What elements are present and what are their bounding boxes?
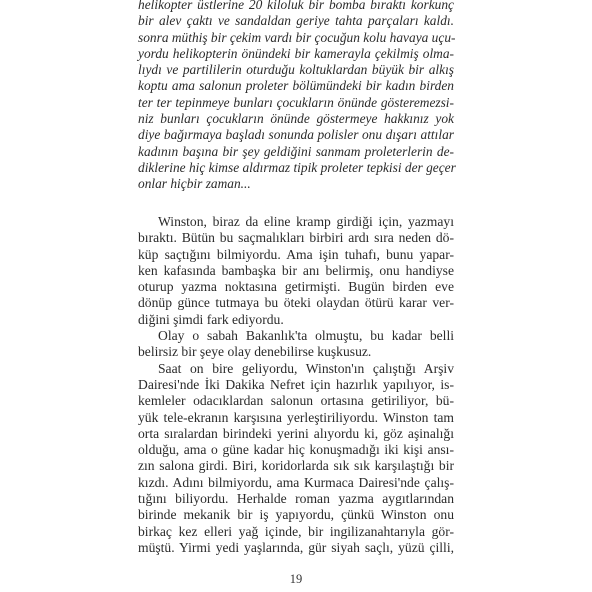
text-line: Olay o sabah Bakanlık'ta olmuştu, bu kad… — [138, 328, 454, 344]
text-line: koptu ama salonun proleter bölümündeki b… — [138, 78, 454, 94]
text-line: Winston, biraz da eline kramp girdiği iç… — [138, 214, 454, 230]
text-line: zın salona girdi. Biri, koridorlarda sık… — [138, 458, 454, 474]
text-line: Saat on bire geliyordu, Winston'ın çalış… — [138, 361, 454, 377]
text-line: Dairesi'nde İki Dakika Nefret için hazır… — [138, 377, 454, 393]
text-line: orta sıralardan birindeki yerini alıyord… — [138, 426, 454, 442]
text-line: helikopter üstlerine 20 kiloluk bir bomb… — [138, 0, 454, 13]
text-line: müştü. Yirmi yedi yaşlarında, gür siyah … — [138, 540, 454, 556]
text-line: tığını biliyordu. Herhalde roman yazma a… — [138, 491, 454, 507]
text-line: bir alev çaktı ve sandaldan geriye tahta… — [138, 13, 454, 29]
text-line: birinde mekanik bir iş yapıyordu, çünkü … — [138, 507, 454, 523]
text-line: kemleler odacıklardan salonun ortasına g… — [138, 393, 454, 409]
text-line: ter ter tepinmeye bunları çocukların önü… — [138, 95, 454, 111]
text-line: yük tele-ekranın karşısına yerleştiriliy… — [138, 410, 454, 426]
text-line: bıraktı. Bütün bu saçmalıkları birbiri a… — [138, 230, 454, 246]
text-line: ken kafasında bambaşka bir anı belirmiş,… — [138, 263, 454, 279]
text-line: diklerine hiç kimse aldırmaz tipik prole… — [138, 160, 454, 176]
text-line: diğini şimdi fark ediyordu. — [138, 312, 454, 328]
text-line: yordu helikopterin önündeki bir kamerayl… — [138, 46, 454, 62]
text-line: birkaç kez elleri yağ içinde, bir ingili… — [138, 524, 454, 540]
page-number: 19 — [0, 572, 592, 587]
text-line: oturup yazma noktasına getirmişti. Bugün… — [138, 279, 454, 295]
paragraph-1: Winston, biraz da eline kramp girdiği iç… — [138, 214, 454, 328]
text-line: kadının başına bir şey geldiğini sanmam … — [138, 144, 454, 160]
text-line: niz bunları çocukların önünde göstermeye… — [138, 111, 454, 127]
paragraph-3: Saat on bire geliyordu, Winston'ın çalış… — [138, 361, 454, 557]
text-line: dönüp günce tutmaya bu öteki olaydan ötü… — [138, 295, 454, 311]
text-line: sonra müthiş bir çekim vardı bir çocuğun… — [138, 30, 454, 46]
text-line: lıydı ve partililerin oturduğu koltuklar… — [138, 62, 454, 78]
text-line: diye bağırmaya başladı sonunda polisler … — [138, 127, 454, 143]
text-line: küp saçtığını bilmiyordu. Ama işin tuhaf… — [138, 247, 454, 263]
text-line: kızdı. Adını bilmiyordu, ama Kurmaca Dai… — [138, 475, 454, 491]
text-line: olduğu, ama o güne kadar hiç konuşmadığı… — [138, 442, 454, 458]
body-text: Winston, biraz da eline kramp girdiği iç… — [138, 214, 454, 556]
paragraph-2: Olay o sabah Bakanlık'ta olmuştu, bu kad… — [138, 328, 454, 361]
italic-diary-passage: helikopter üstlerine 20 kiloluk bir bomb… — [138, 0, 454, 193]
text-line: onlar hiçbir zaman... — [138, 176, 454, 192]
text-line: belirsiz bir şeye olay denebilirse kuşku… — [138, 344, 454, 360]
